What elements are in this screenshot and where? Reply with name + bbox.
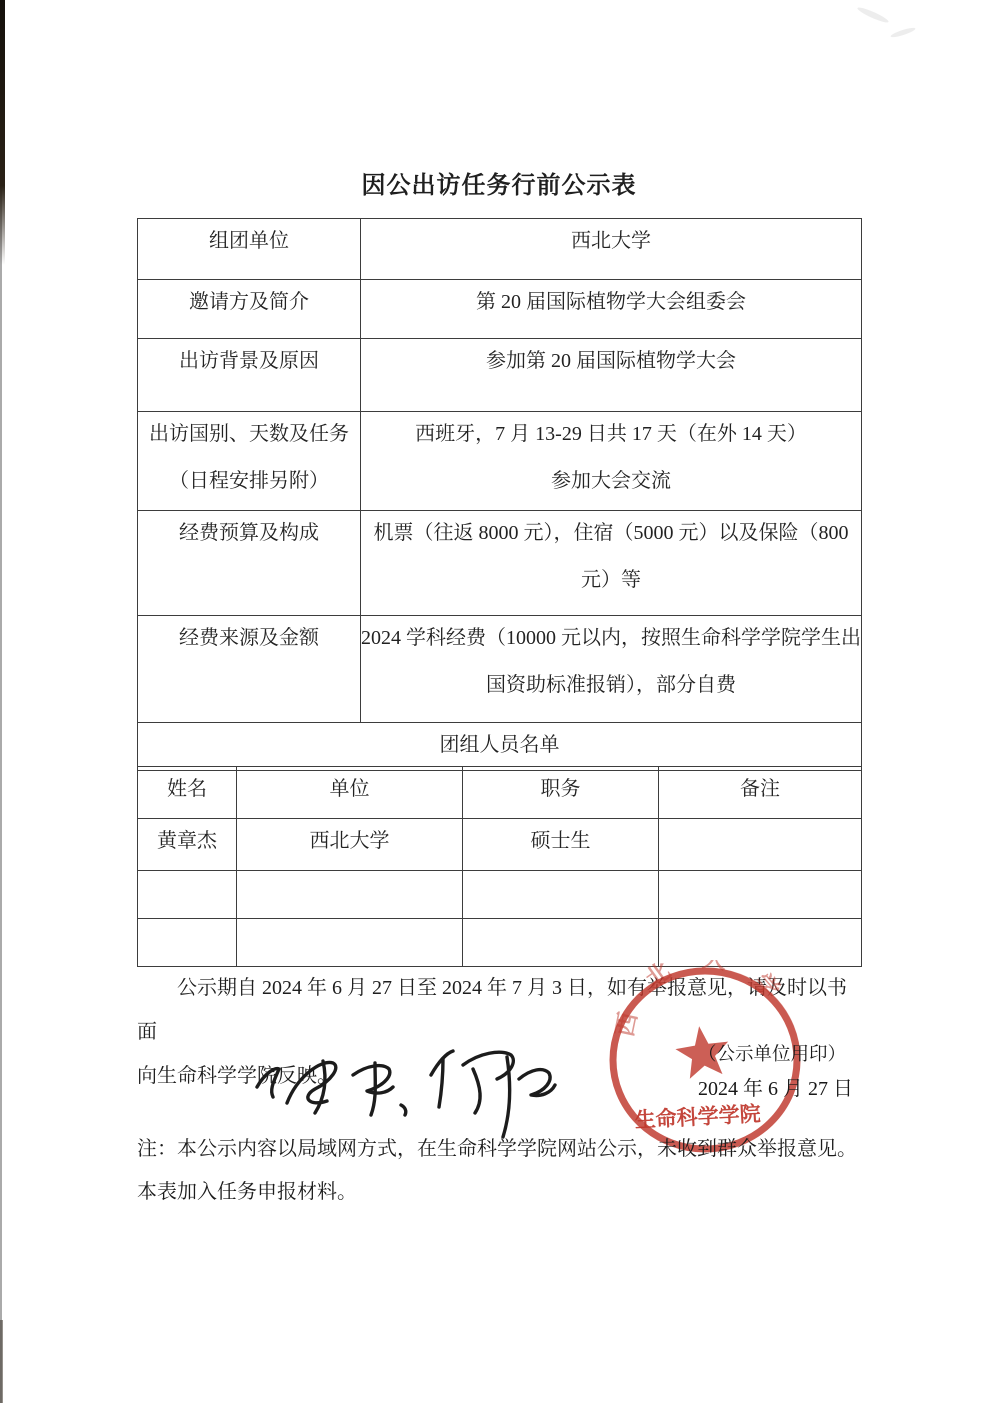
person-note-cell — [659, 819, 862, 871]
group-header-row: 团组人员名单 — [138, 723, 862, 771]
scan-smudge — [856, 5, 890, 24]
info-label-cell: 出访国别、天数及任务 （日程安排另附） — [138, 412, 361, 511]
column-header-name: 姓名 — [138, 767, 237, 819]
info-label-cell: 邀请方及简介 — [138, 280, 361, 339]
person-title-cell — [463, 871, 659, 919]
info-label-cell: 组团单位 — [138, 219, 361, 280]
info-value-cell: 西班牙，7 月 13-29 日共 17 天（在外 14 天） 参加大会交流 — [361, 412, 862, 511]
seal-date: 2024 年 6 月 27 日 — [698, 1077, 853, 1101]
page-title: 因公出访任务行前公示表 — [137, 170, 861, 202]
info-value-cell: 西北大学 — [361, 219, 862, 280]
person-title-cell: 硕士生 — [463, 819, 659, 871]
info-label-cell: 出访背景及原因 — [138, 339, 361, 412]
info-label-cell: 经费来源及金额 — [138, 616, 361, 723]
info-value-cell: 2024 学科经费（10000 元以内，按照生命科学学院学生出 国资助标准报销）… — [361, 616, 862, 723]
info-row-destination: 出访国别、天数及任务 （日程安排另附） 西班牙，7 月 13-29 日共 17 … — [138, 412, 862, 511]
group-header-cell: 团组人员名单 — [138, 723, 862, 771]
info-label-cell: 经费预算及构成 — [138, 511, 361, 616]
scan-edge-dark-top — [0, 0, 5, 265]
scanned-document-page: 因公出访任务行前公示表 组团单位 西北大学 邀请方及简介 第 20 届国际植物学… — [0, 0, 984, 1403]
person-note-cell — [659, 871, 862, 919]
info-value-cell: 机票（往返 8000 元），住宿（5000 元）以及保险（800 元）等 — [361, 511, 862, 616]
person-name-cell — [138, 919, 237, 967]
info-row-budget: 经费预算及构成 机票（往返 8000 元），住宿（5000 元）以及保险（800… — [138, 511, 862, 616]
info-row-organizer: 组团单位 西北大学 — [138, 219, 862, 280]
scan-smudge — [890, 26, 916, 39]
personnel-header-row: 姓名 单位 职务 备注 — [138, 767, 862, 819]
person-name-cell — [138, 871, 237, 919]
info-row-background: 出访背景及原因 参加第 20 届国际植物学大会 — [138, 339, 862, 412]
personnel-row: 黄章杰 西北大学 硕士生 — [138, 819, 862, 871]
column-header-title: 职务 — [463, 767, 659, 819]
info-row-inviter: 邀请方及简介 第 20 届国际植物学大会组委会 — [138, 280, 862, 339]
footnote-line-1: 注：本公示内容以局域网方式，在生命科学学院网站公示，未收到群众举报意见。 — [137, 1128, 864, 1171]
person-unit-cell: 西北大学 — [237, 819, 463, 871]
scan-edge-dark-bottom — [0, 1320, 3, 1403]
column-header-unit: 单位 — [237, 767, 463, 819]
personnel-table: 姓名 单位 职务 备注 黄章杰 西北大学 硕士生 — [137, 766, 862, 967]
person-unit-cell — [237, 871, 463, 919]
personnel-row-empty — [138, 871, 862, 919]
person-unit-cell — [237, 919, 463, 967]
signature-2 — [431, 1051, 555, 1137]
column-header-note: 备注 — [659, 767, 862, 819]
info-value-cell: 参加第 20 届国际植物学大会 — [361, 339, 862, 412]
info-row-funding: 经费来源及金额 2024 学科经费（10000 元以内，按照生命科学学院学生出 … — [138, 616, 862, 723]
person-name-cell: 黄章杰 — [138, 819, 237, 871]
trip-info-table: 组团单位 西北大学 邀请方及简介 第 20 届国际植物学大会组委会 出访背景及原… — [137, 218, 862, 771]
footnote-paragraph: 注：本公示内容以局域网方式，在生命科学学院网站公示，未收到群众举报意见。 本表加… — [137, 1128, 864, 1214]
footnote-line-2: 本表加入任务申报材料。 — [137, 1171, 864, 1214]
seal-usage-label: （公示单位用印） — [698, 1044, 846, 1066]
signature-1 — [257, 1061, 406, 1115]
info-value-cell: 第 20 届国际植物学大会组委会 — [361, 280, 862, 339]
